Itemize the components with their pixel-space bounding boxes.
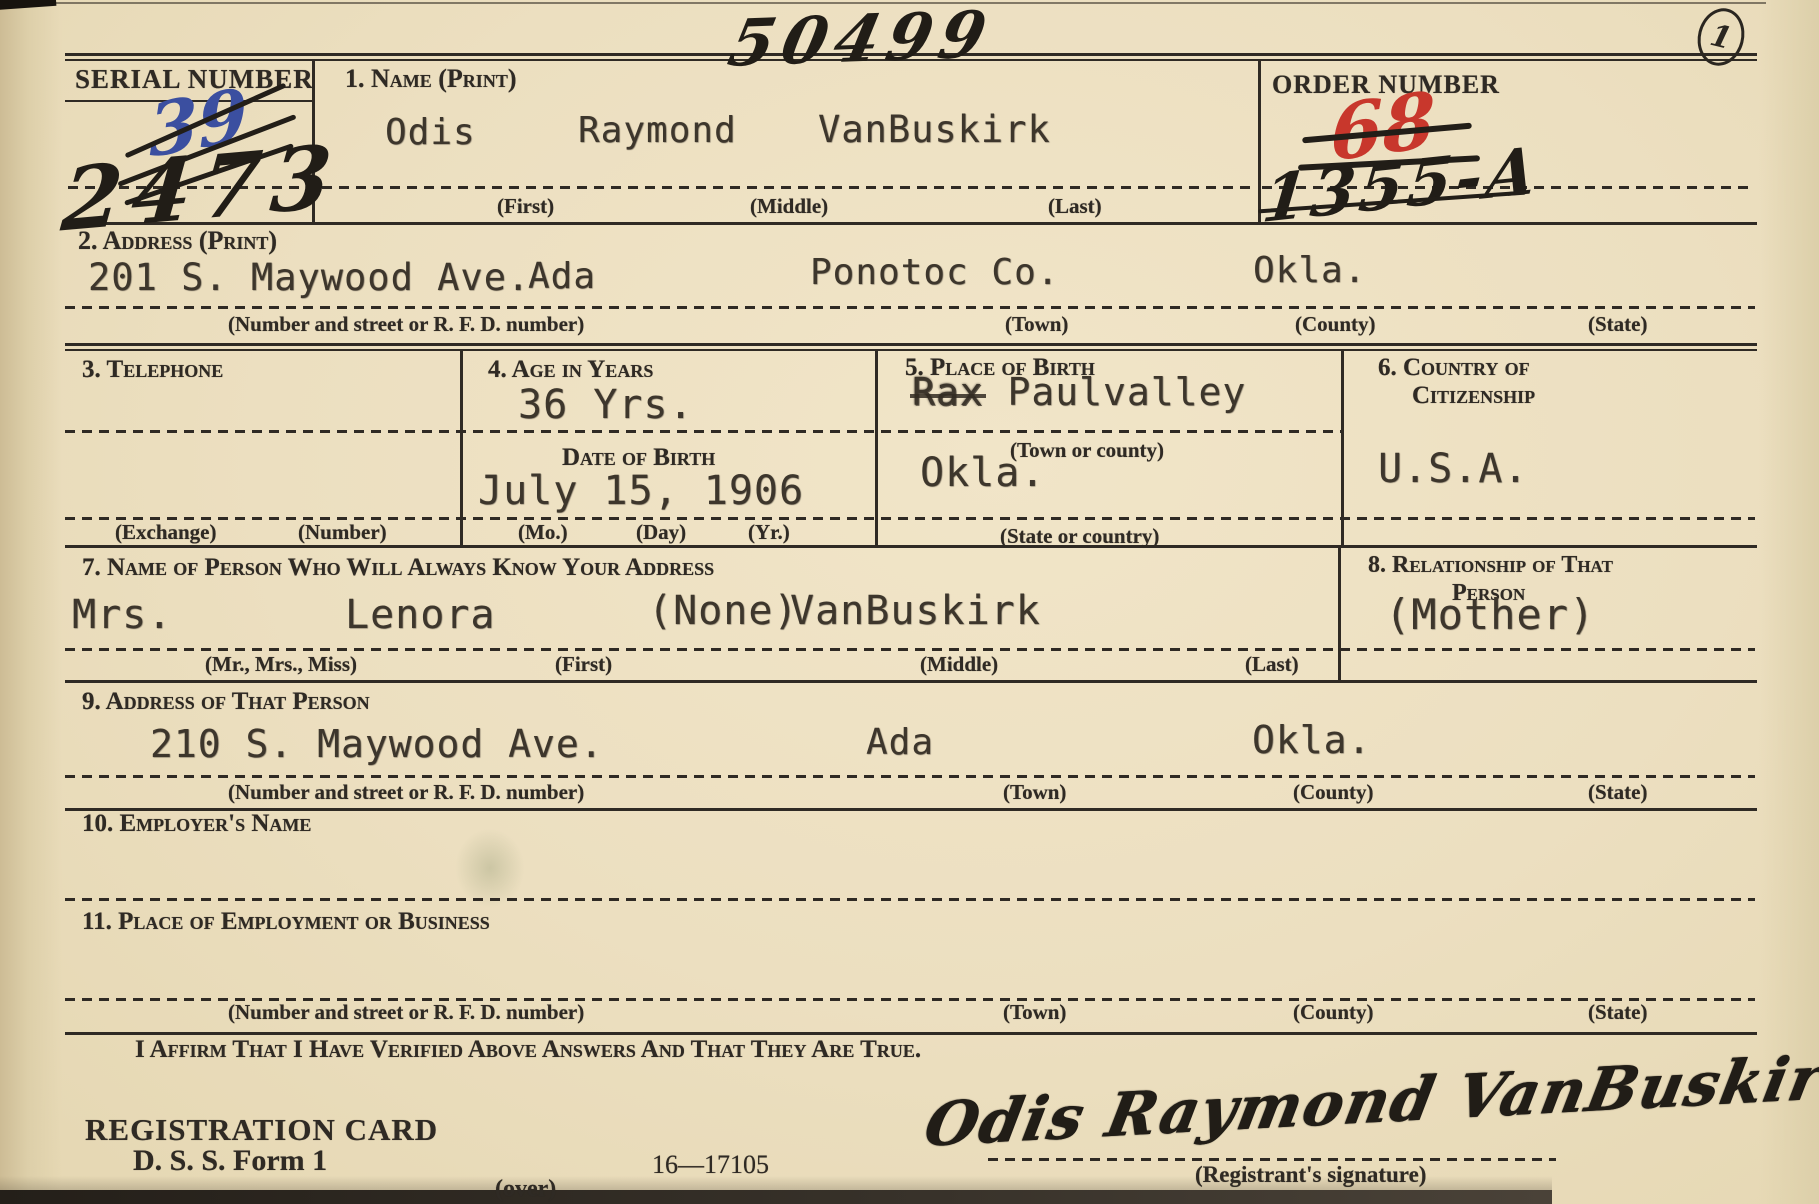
address-sub-county: (County)	[1295, 312, 1376, 337]
handwritten-top-number: 50499	[722, 0, 1001, 82]
divider-birth-citizenship	[1341, 349, 1344, 545]
typed-contact-title: Mrs.	[72, 592, 172, 638]
contact-sub-last: (Last)	[1245, 652, 1299, 677]
typed-contact-first: Lenora	[345, 592, 496, 638]
employer-label: 10. Employer's Name	[82, 810, 311, 838]
typed-contact-last: VanBuskirk	[790, 588, 1041, 634]
rule-under-employment	[65, 1032, 1757, 1035]
dashed-line-address	[65, 306, 1755, 309]
typed-contact-middle: (None)	[648, 588, 799, 634]
contact-address-sub-state: (State)	[1588, 780, 1647, 805]
dob-sub-year: (Yr.)	[748, 520, 790, 545]
telephone-sub-number: (Number)	[298, 520, 387, 545]
handwritten-serial-number: 2473	[58, 125, 345, 252]
paper-right-edge	[1759, 0, 1819, 1204]
employment-sub-county: (County)	[1293, 1000, 1374, 1025]
employment-sub-street: (Number and street or R. F. D. number)	[228, 1000, 584, 1025]
citizenship-label-1: 6. Country of	[1378, 354, 1530, 382]
telephone-label: 3. Telephone	[82, 356, 223, 384]
typed-address-town: Ada	[528, 256, 596, 297]
paper-left-edge	[0, 0, 62, 1204]
registrant-signature: Odis Raymond VanBuskirk	[919, 1041, 1819, 1161]
employment-label: 11. Place of Employment or Business	[82, 908, 490, 936]
dashed-line-name	[322, 186, 1252, 189]
signature-sub-label: (Registrant's signature)	[1195, 1162, 1426, 1188]
typed-birth-crossed-word: Rax	[912, 370, 984, 414]
dashed-line-contact-address	[65, 775, 1755, 778]
name-sub-first: (First)	[497, 194, 554, 219]
typed-relationship: (Mother)	[1385, 590, 1595, 639]
name-label: 1. Name (Print)	[345, 64, 516, 94]
employment-sub-state: (State)	[1588, 1000, 1647, 1025]
circled-page-number-text: 1	[1707, 17, 1736, 56]
dashed-line-signature	[988, 1158, 1556, 1161]
circled-page-number: 1	[1692, 3, 1751, 70]
employment-sub-town: (Town)	[1003, 1000, 1066, 1025]
contact-address-sub-street: (Number and street or R. F. D. number)	[228, 780, 584, 805]
typed-contact-address-street: 210 S. Maywood Ave.	[150, 722, 604, 766]
over-label: (over)	[495, 1176, 556, 1203]
address-sub-town: (Town)	[1005, 312, 1068, 337]
divider-contact-relationship	[1338, 545, 1341, 680]
telephone-sub-exchange: (Exchange)	[115, 520, 217, 545]
divider-age-birth	[875, 349, 878, 545]
typed-citizenship: U.S.A.	[1378, 446, 1529, 492]
typed-address-street: 201 S. Maywood Ave.	[88, 256, 530, 299]
rule-under-contact	[65, 680, 1757, 683]
contact-sub-title: (Mr., Mrs., Miss)	[205, 652, 357, 677]
contact-sub-first: (First)	[555, 652, 612, 677]
dob-sub-month: (Mo.)	[518, 520, 568, 545]
address-sub-street: (Number and street or R. F. D. number)	[228, 312, 584, 337]
dob-sub-day: (Day)	[636, 520, 686, 545]
double-rule-address-1	[65, 343, 1757, 346]
birth-sub-state: (State or country)	[1000, 524, 1159, 549]
typed-address-county: Ponotoc Co.	[810, 252, 1059, 293]
contact-address-sub-county: (County)	[1293, 780, 1374, 805]
divider-telephone-age	[460, 349, 463, 545]
contact-label: 7. Name of Person Who Will Always Know Y…	[82, 554, 714, 582]
double-rule-address-2	[65, 349, 1757, 351]
registration-card: SERIAL NUMBER 1. Name (Print) ORDER NUMB…	[0, 0, 1819, 1204]
typed-first-name: Odis	[385, 112, 476, 153]
dashed-line-row3-upper	[65, 430, 1341, 433]
typed-dob: July 15, 1906	[478, 468, 804, 514]
typed-contact-address-town: Ada	[866, 722, 934, 763]
relationship-label-1: 8. Relationship of That	[1368, 552, 1613, 579]
card-title: REGISTRATION CARD	[85, 1112, 438, 1148]
name-sub-last: (Last)	[1048, 194, 1102, 219]
affirmation-text: I Affirm That I Have Verified Above Answ…	[135, 1036, 921, 1064]
typed-birth-town: Rax Paulvalley	[912, 370, 1246, 414]
name-sub-middle: (Middle)	[750, 194, 828, 219]
rule-under-contact-address	[65, 808, 1757, 811]
rule-under-row3	[65, 545, 1757, 548]
print-code: 16—17105	[652, 1150, 769, 1180]
address-sub-state: (State)	[1588, 312, 1647, 337]
typed-last-name: VanBuskirk	[818, 108, 1051, 151]
citizenship-label-2: Citizenship	[1412, 382, 1535, 410]
dashed-line-contact	[65, 648, 1755, 651]
form-number: D. S. S. Form 1	[133, 1144, 327, 1178]
contact-address-sub-town: (Town)	[1003, 780, 1066, 805]
age-label: 4. Age in Years	[488, 356, 653, 384]
contact-address-label: 9. Address of That Person	[82, 688, 370, 716]
typed-middle-name: Raymond	[578, 110, 737, 151]
divider-name-order	[1258, 59, 1261, 222]
dashed-line-employer	[65, 898, 1755, 901]
typed-contact-address-state: Okla.	[1252, 718, 1371, 762]
ink-smudge	[455, 828, 525, 908]
contact-sub-middle: (Middle)	[920, 652, 998, 677]
bottom-scan-strip	[0, 1190, 1552, 1204]
typed-address-state: Okla.	[1253, 250, 1366, 291]
typed-age: 36 Yrs.	[518, 382, 694, 428]
typed-birth-town-text: Paulvalley	[1008, 370, 1247, 414]
typed-birth-state: Okla.	[920, 450, 1045, 496]
